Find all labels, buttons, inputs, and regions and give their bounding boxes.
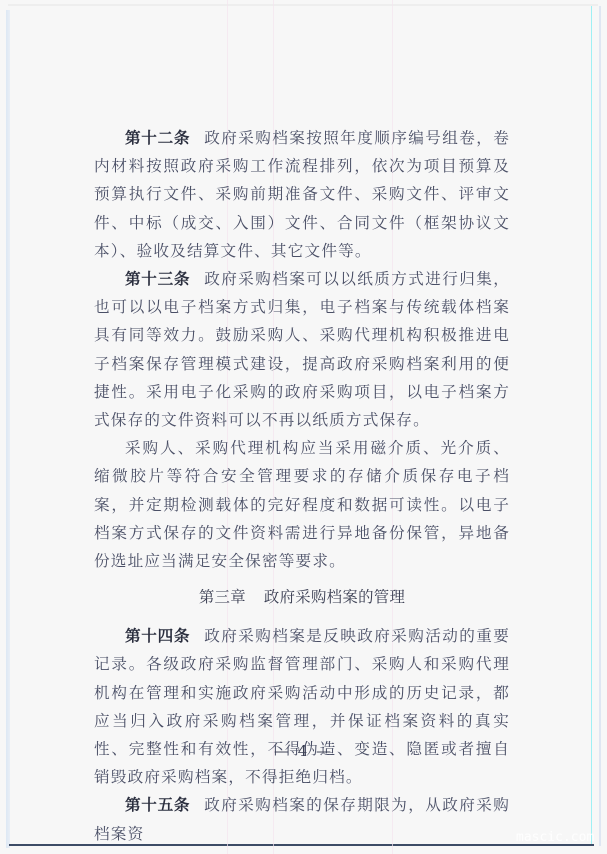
page-number: — 4 — xyxy=(0,742,607,760)
watermark: mascic.com xyxy=(516,830,594,845)
article-text: 政府采购档案可以以纸质方式进行归集，也可以以电子档案方式归集，电子档案与传统载体… xyxy=(94,270,510,429)
scanned-page: 第十二条政府采购档案按照年度顺序编号组卷，卷内材料按照政府采购工作流程排列，依次… xyxy=(0,0,607,854)
article-label: 第十三条 xyxy=(125,270,190,288)
article-text: 政府采购档案是反映政府采购活动的重要记录。各级政府采购监督管理部门、采购人和采购… xyxy=(94,627,510,786)
article-text: 政府采购档案按照年度顺序编号组卷，卷内材料按照政府采购工作流程排列，依次为项目预… xyxy=(94,129,510,260)
scan-edge-line-outer xyxy=(599,6,601,846)
chapter-number: 第三章 xyxy=(199,588,246,606)
article-15: 第十五条政府采购档案的保存期限为，从政府采购档案资 xyxy=(94,791,510,847)
article-12: 第十二条政府采购档案按照年度顺序编号组卷，卷内材料按照政府采购工作流程排列，依次… xyxy=(94,124,510,265)
article-13: 第十三条政府采购档案可以以纸质方式进行归集，也可以以电子档案方式归集，电子档案与… xyxy=(94,265,510,434)
article-label: 第十五条 xyxy=(125,796,190,814)
page-top-edge xyxy=(8,4,598,6)
article-14: 第十四条政府采购档案是反映政府采购活动的重要记录。各级政府采购监督管理部门、采购… xyxy=(94,622,510,791)
article-13-paragraph-2: 采购人、采购代理机构应当采用磁介质、光介质、缩微胶片等符合安全管理要求的存储介质… xyxy=(94,434,510,575)
chapter-heading: 第三章政府采购档案的管理 xyxy=(94,583,510,611)
document-body: 第十二条政府采购档案按照年度顺序编号组卷，卷内材料按照政府采购工作流程排列，依次… xyxy=(94,124,510,848)
scan-edge-line xyxy=(591,6,592,846)
page-left-edge xyxy=(6,10,10,848)
chapter-title: 政府采购档案的管理 xyxy=(264,588,405,606)
article-label: 第十二条 xyxy=(125,129,190,147)
article-label: 第十四条 xyxy=(125,627,190,645)
